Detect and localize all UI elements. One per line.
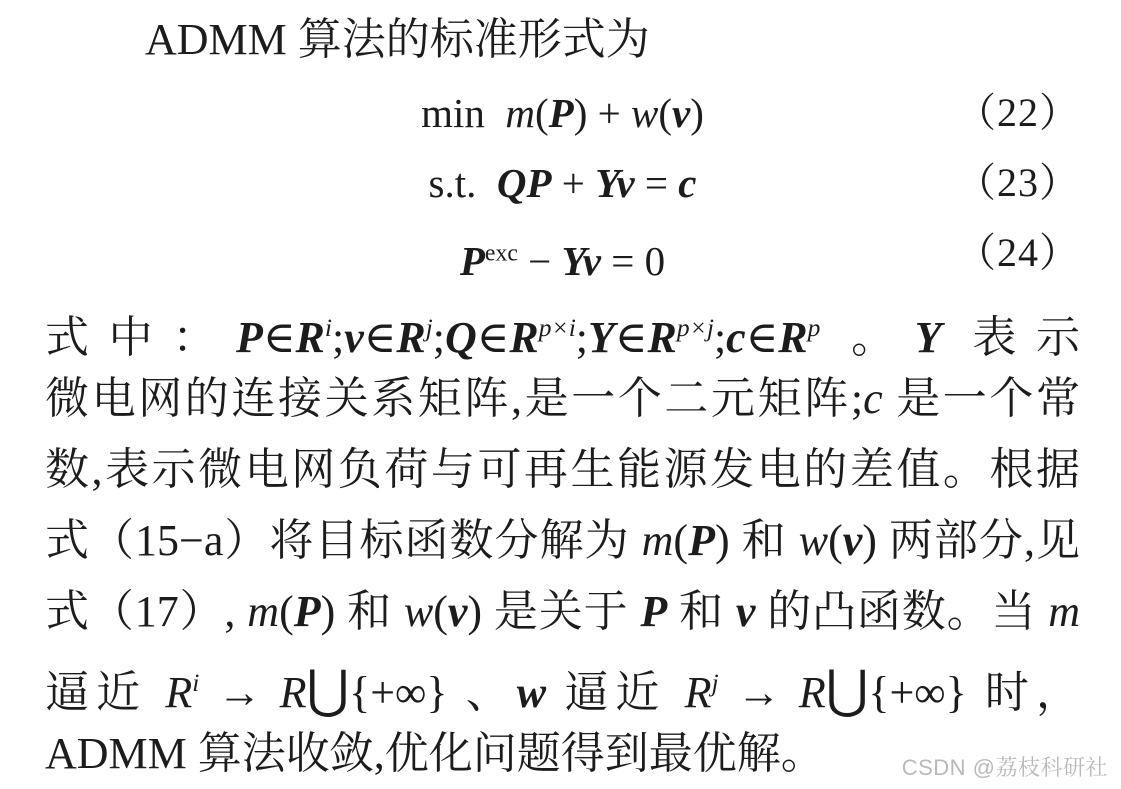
text-segment: ) — [715, 516, 730, 565]
text-segment: ∈ — [364, 313, 397, 362]
paragraph-line-2: 微电网的连接关系矩阵,是一个二元矩阵;c 是一个常 — [45, 363, 1080, 434]
text-segment: R — [685, 668, 712, 717]
text-segment: w — [799, 516, 828, 565]
text-segment: w — [404, 587, 433, 636]
text-segment: 微电网的连接关系矩阵,是一个二元矩阵; — [45, 374, 863, 423]
text-segment: ∈ — [746, 313, 779, 362]
text-segment: ( — [279, 587, 294, 636]
text-segment: 逼近 — [45, 668, 165, 717]
text-segment: + — [552, 160, 596, 206]
text-segment: 是一个常 — [883, 374, 1080, 423]
text-segment: Yv — [562, 238, 601, 284]
text-segment: Y — [915, 313, 942, 362]
text-segment: ; — [714, 313, 726, 362]
text-segment — [485, 90, 506, 136]
text-segment: R — [648, 313, 677, 362]
text-segment: v — [672, 90, 690, 136]
text-segment: c — [863, 374, 883, 423]
text-segment: j — [426, 313, 433, 342]
text-segment: m — [642, 516, 674, 565]
text-segment: p — [808, 313, 821, 342]
text-segment: ( — [658, 90, 672, 136]
text-segment: ) — [690, 90, 704, 136]
text-segment: ; — [576, 313, 588, 362]
text-segment: → — [199, 668, 279, 717]
text-segment: ) — [862, 516, 877, 565]
text-segment: P — [640, 587, 667, 636]
text-segment: m — [247, 587, 279, 636]
text-segment: P — [460, 238, 485, 284]
equation-22: min m(P) + w(v) — [421, 90, 704, 136]
text-segment: ∈ — [477, 313, 510, 362]
text-segment: 逼近 — [546, 668, 685, 717]
text-segment: ( — [673, 516, 688, 565]
text-segment: ⋃ — [307, 662, 350, 719]
text-segment: 是关于 — [482, 587, 640, 636]
text-segment: 式（17）, — [45, 587, 247, 636]
page: ADMM 算法的标准形式为 min m(P) + w(v) （22） s.t. … — [0, 0, 1121, 789]
text-segment: ) — [467, 587, 482, 636]
text-segment: R — [296, 313, 325, 362]
text-segment: Yv — [595, 160, 634, 206]
text-segment: P — [688, 516, 715, 565]
text-segment: → — [719, 668, 799, 717]
text-segment: m — [505, 90, 535, 136]
paragraph-line-3: 数,表示微电网负荷与可再生能源发电的差值。根据 — [45, 434, 1080, 505]
text-segment: + — [587, 90, 631, 136]
text-segment: v — [448, 587, 468, 636]
equation-23: s.t. QP + Yv = c — [429, 160, 697, 206]
text-segment: P — [549, 90, 574, 136]
text-segment: c — [678, 160, 696, 206]
text-segment: 和 — [335, 587, 404, 636]
text-segment: i — [325, 313, 332, 342]
text-segment: exc — [485, 240, 518, 266]
text-segment: s.t. — [429, 160, 477, 206]
text-segment: R — [396, 313, 425, 362]
text-segment: j — [712, 668, 719, 697]
text-segment: Q — [445, 313, 477, 362]
equation-row-23: s.t. QP + Yv = c （23） — [45, 148, 1080, 218]
body-paragraph: 式中：P∈Ri;v∈Rj;Q∈Rp×i;Y∈Rp×j;c∈Rp 。Y 表示 微电… — [45, 292, 1080, 789]
text-segment: v — [736, 587, 756, 636]
text-segment: ( — [433, 587, 448, 636]
text-segment: ⋃ — [826, 662, 869, 719]
text-segment: {+∞} — [349, 668, 447, 717]
paragraph-line-5: 式（17）, m(P) 和 w(v) 是关于 P 和 v 的凸函数。当 m — [45, 576, 1080, 647]
text-segment: QP — [497, 160, 552, 206]
intro-paragraph: ADMM 算法的标准形式为 — [45, 4, 1080, 78]
text-segment: 数,表示微电网负荷与可再生能源发电的差值。根据 — [45, 445, 1080, 494]
text-segment: = 0 — [601, 238, 665, 284]
text-segment: p×j — [677, 313, 714, 342]
text-segment: R — [165, 668, 192, 717]
text-segment: ∈ — [615, 313, 648, 362]
text-segment: ) — [321, 587, 336, 636]
equation-number-24: （24） — [956, 218, 1080, 288]
paragraph-line-1: 式中：P∈Ri;v∈Rj;Q∈Rp×i;Y∈Rp×j;c∈Rp 。Y 表示 — [45, 292, 1080, 363]
text-segment: 的凸函数。当 — [755, 587, 1048, 636]
text-segment: ( — [828, 516, 843, 565]
text-segment: ; — [433, 313, 445, 362]
text-segment: R — [509, 313, 538, 362]
paragraph-line-4: 式（15−a）将目标函数分解为 m(P) 和 w(v) 两部分,见 — [45, 505, 1080, 576]
text-segment: v — [843, 516, 863, 565]
watermark: CSDN @荔枝科研社 — [902, 751, 1108, 782]
text-segment: 时， — [967, 668, 1080, 717]
text-segment: 和 — [730, 516, 799, 565]
text-segment: m — [1048, 587, 1080, 636]
text-segment: 式（15−a）将目标函数分解为 — [45, 516, 642, 565]
text-segment: w — [631, 90, 658, 136]
text-segment: 表示 — [942, 313, 1080, 362]
text-segment: ) — [574, 90, 588, 136]
text-segment: 和 — [667, 587, 736, 636]
paragraph-line-6: 逼近 Ri → R⋃{+∞} 、w 逼近 Rj → R⋃{+∞} 时， — [45, 647, 1080, 718]
text-segment: R — [799, 668, 826, 717]
text-segment: min — [421, 90, 485, 136]
text-segment: ∈ — [263, 313, 296, 362]
text-segment: c — [726, 313, 746, 362]
text-segment: P — [236, 313, 263, 362]
text-segment: P — [294, 587, 321, 636]
text-segment — [476, 160, 497, 206]
text-segment: ; — [332, 313, 344, 362]
text-segment: = — [635, 160, 679, 206]
text-segment: ( — [535, 90, 549, 136]
text-segment: R — [280, 668, 307, 717]
text-segment: 、 — [448, 668, 517, 717]
text-segment: Y — [588, 313, 615, 362]
text-segment: R — [778, 313, 807, 362]
equation-number-22: （22） — [956, 78, 1080, 148]
text-segment: {+∞} — [868, 668, 966, 717]
text-segment: − — [518, 238, 562, 284]
equation-block: min m(P) + w(v) （22） s.t. QP + Yv = c （2… — [45, 78, 1080, 288]
text-segment: 。 — [820, 313, 914, 362]
equation-24: Pexc − Yv = 0 — [460, 238, 665, 284]
text-segment: w — [517, 668, 546, 717]
equation-row-22: min m(P) + w(v) （22） — [45, 78, 1080, 148]
text-segment: p×i — [539, 313, 576, 342]
text-segment: ADMM 算法收敛,优化问题得到最优解。 — [45, 729, 825, 778]
equation-number-23: （23） — [956, 148, 1080, 218]
text-segment: 式中： — [45, 313, 236, 362]
equation-row-24: Pexc − Yv = 0 （24） — [45, 218, 1080, 288]
text-segment: 两部分,见 — [877, 516, 1080, 565]
text-segment: v — [344, 313, 364, 362]
